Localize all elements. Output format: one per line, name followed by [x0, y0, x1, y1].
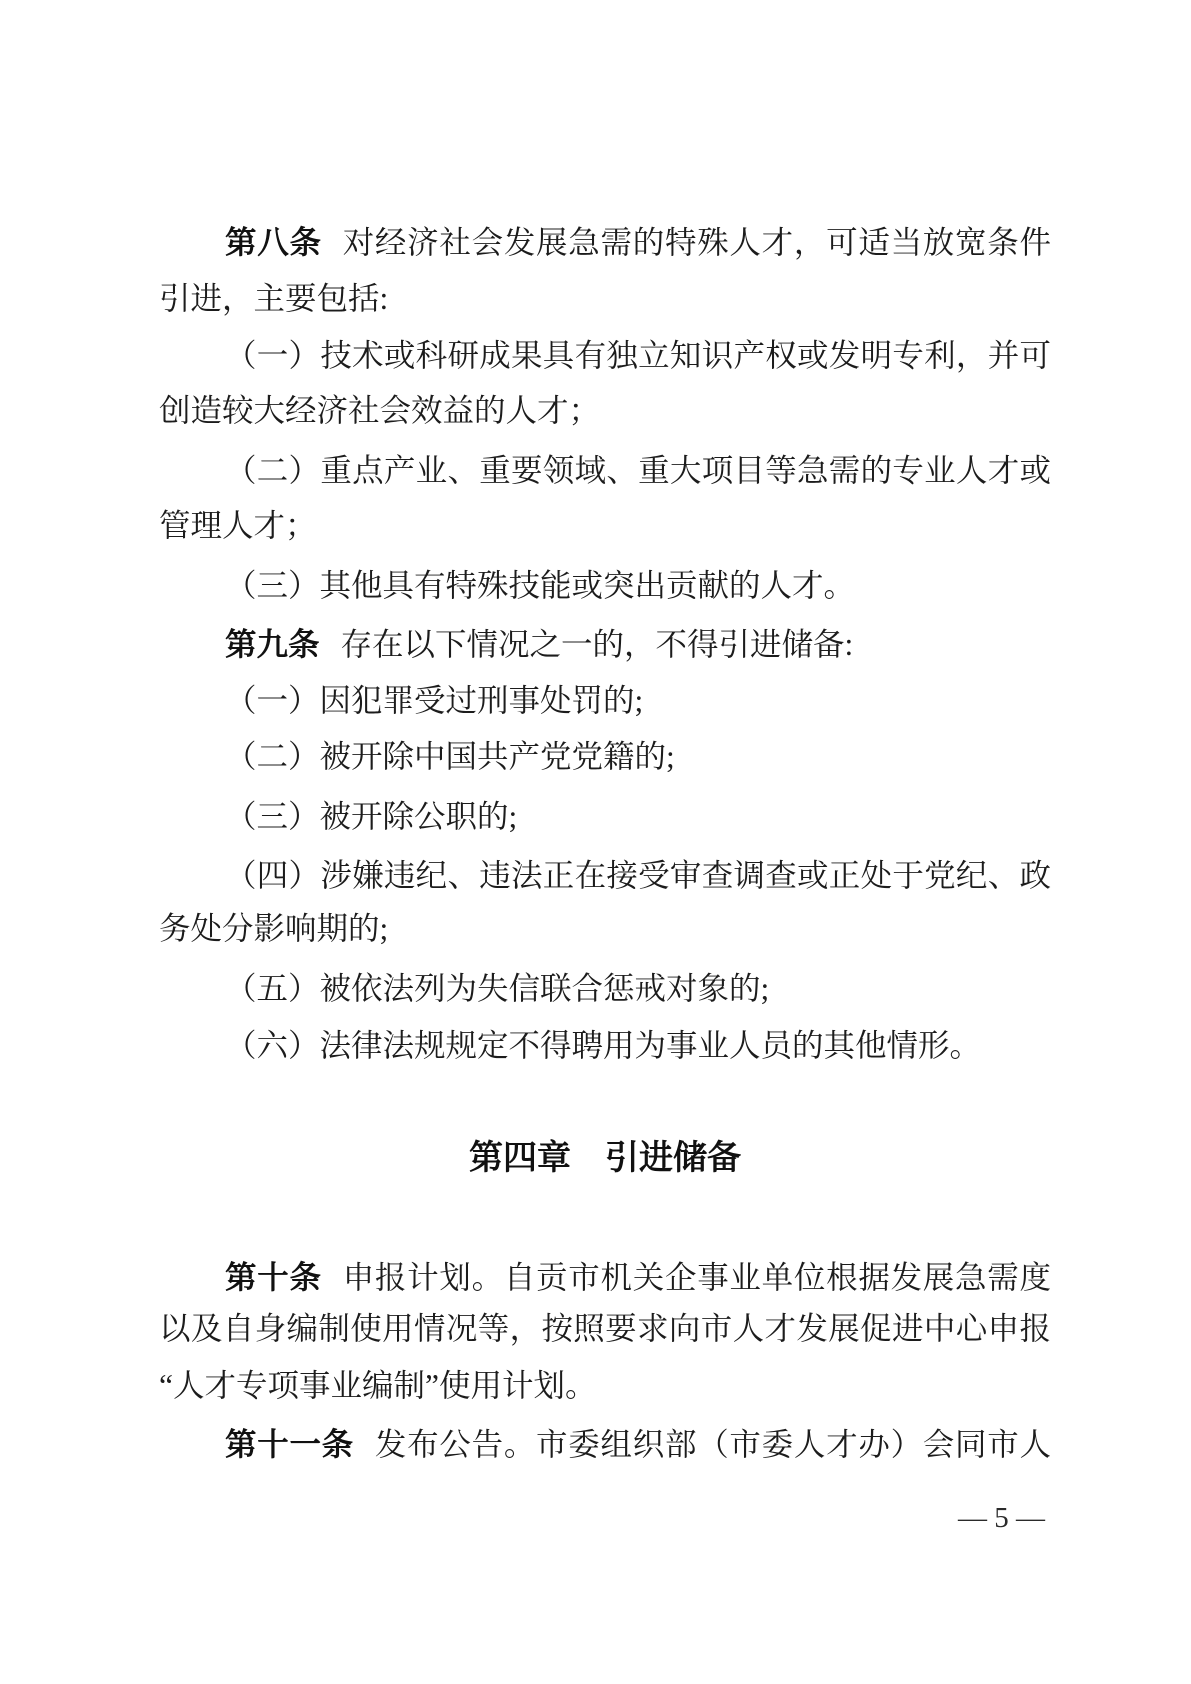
line-text: 对经济社会发展急需的特殊人才，可适当放宽条件: [343, 225, 1051, 260]
line-text: （三）被开除公职的;: [225, 799, 517, 834]
text-line: 创造较大经济社会效益的人才；: [159, 391, 1051, 431]
line-text: 存在以下情况之一的，不得引进储备:: [341, 627, 854, 662]
text-line: （五）被依法列为失信联合惩戒对象的;: [159, 969, 1051, 1009]
text-line: 以及自身编制使用情况等，按照要求向市人才发展促进中心申报: [159, 1309, 1051, 1349]
article-label: 第十一条: [225, 1426, 354, 1462]
chapter-heading: 第四章 引进储备: [159, 1136, 1051, 1180]
text-line: 第八条对经济社会发展急需的特殊人才，可适当放宽条件: [159, 222, 1051, 262]
line-text: 创造较大经济社会效益的人才；: [159, 393, 600, 428]
article-label: 第十条: [225, 1259, 322, 1295]
line-text: （二）重点产业、重要领域、重大项目等急需的专业人才或: [225, 453, 1051, 488]
line-text: （三）其他具有特殊技能或突出贡献的人才。: [225, 568, 855, 603]
line-text: 务处分影响期的;: [159, 911, 388, 946]
document-body: 第八条对经济社会发展急需的特殊人才，可适当放宽条件 引进，主要包括: （一）技术…: [159, 0, 1051, 1684]
line-text: 管理人才；: [159, 508, 317, 543]
line-text: “人才专项事业编制”使用计划。: [159, 1368, 596, 1403]
text-line: （一）因犯罪受过刑事处罚的;: [159, 681, 1051, 721]
line-text: 以及自身编制使用情况等，按照要求向市人才发展促进中心申报: [159, 1311, 1051, 1346]
text-line: （二）重点产业、重要领域、重大项目等急需的专业人才或: [159, 451, 1051, 491]
text-line: 第十一条发布公告。市委组织部（市委人才办）会同市人: [159, 1424, 1051, 1464]
line-text: （二）被开除中国共产党党籍的;: [225, 739, 675, 774]
page-number: — 5 —: [958, 1498, 1045, 1538]
line-text: （一）技术或科研成果具有独立知识产权或发明专利，并可: [225, 338, 1051, 373]
text-line: 第九条存在以下情况之一的，不得引进储备:: [159, 624, 1051, 664]
text-line: （二）被开除中国共产党党籍的;: [159, 737, 1051, 777]
text-line: 第十条申报计划。自贡市机关企事业单位根据发展急需度: [159, 1257, 1051, 1297]
line-text: 引进，主要包括:: [159, 281, 388, 316]
text-line: 务处分影响期的;: [159, 909, 1051, 949]
document-page: 第八条对经济社会发展急需的特殊人才，可适当放宽条件 引进，主要包括: （一）技术…: [0, 0, 1191, 1684]
text-line: 管理人才；: [159, 506, 1051, 546]
article-label: 第八条: [225, 224, 322, 260]
text-line: （四）涉嫌违纪、违法正在接受审查调查或正处于党纪、政: [159, 856, 1051, 896]
line-text: 发布公告。市委组织部（市委人才办）会同市人: [375, 1427, 1051, 1462]
article-label: 第九条: [225, 626, 320, 662]
text-line: “人才专项事业编制”使用计划。: [159, 1366, 1051, 1406]
line-text: 申报计划。自贡市机关企事业单位根据发展急需度: [343, 1260, 1051, 1295]
line-text: （六）法律法规规定不得聘用为事业人员的其他情形。: [225, 1028, 981, 1063]
text-line: 引进，主要包括:: [159, 279, 1051, 319]
line-text: （一）因犯罪受过刑事处罚的;: [225, 683, 643, 718]
text-line: （三）被开除公职的;: [159, 797, 1051, 837]
text-line: （六）法律法规规定不得聘用为事业人员的其他情形。: [159, 1026, 1051, 1066]
text-line: （三）其他具有特殊技能或突出贡献的人才。: [159, 566, 1051, 606]
line-text: （五）被依法列为失信联合惩戒对象的;: [225, 971, 769, 1006]
text-line: （一）技术或科研成果具有独立知识产权或发明专利，并可: [159, 336, 1051, 376]
line-text: （四）涉嫌违纪、违法正在接受审查调查或正处于党纪、政: [225, 858, 1051, 893]
